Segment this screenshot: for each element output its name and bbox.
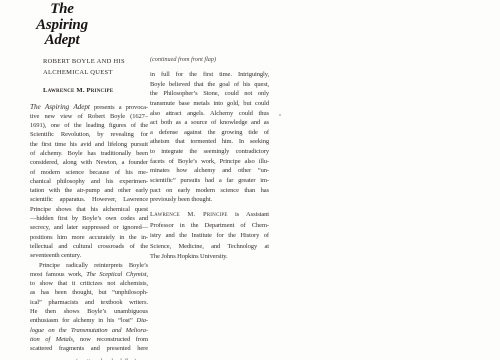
text-line: —hidden first by Boyle’s own codes and bbox=[30, 214, 148, 223]
text-line: most famous work, The Sceptical Chymist, bbox=[30, 270, 148, 279]
book-title-line: Aspiring bbox=[31, 18, 93, 34]
text-line: previously been thought. bbox=[150, 195, 269, 205]
text-line: logue on the Transmutation and Meliora- bbox=[30, 326, 148, 335]
back-flap-text: in full for the first time. Intriguingly… bbox=[150, 70, 269, 262]
text-line: of alchemy. Boyle has traditionally been bbox=[30, 149, 148, 158]
book-subtitle-line: ROBERT BOYLE AND HIS bbox=[43, 56, 148, 68]
text-line: The Johns Hopkins University. bbox=[150, 252, 269, 262]
flap-text-paragraph: Principe radically reinterprets Boyle’sm… bbox=[30, 261, 148, 354]
text-line: Scientific Revolution, by revealing for bbox=[30, 130, 148, 139]
text-line: tation with the air-pump and other early bbox=[30, 186, 148, 195]
text-line: pact on early modern science than has bbox=[150, 186, 269, 196]
flap-text-paragraph: The Aspiring Adept presents a provoca-ti… bbox=[30, 103, 148, 261]
text-line: in full for the first time. Intriguingly… bbox=[150, 70, 269, 80]
text-line: scientific” pursuits had a far greater i… bbox=[150, 176, 269, 186]
text-line: scientific apparatus. However, Lawrence bbox=[30, 195, 148, 204]
text-line: secrecy, and later suppressed or ignored… bbox=[30, 223, 148, 232]
text-line: the Philosopher’s Stone, could not only bbox=[150, 89, 269, 99]
text-line: tive new view of Robert Boyle (1627– bbox=[30, 112, 148, 121]
text-line: positions him more accurately in the in- bbox=[30, 233, 148, 242]
text-line: minates how alchemy and other “un- bbox=[150, 166, 269, 176]
text-line: The Aspiring Adept presents a provoca- bbox=[30, 103, 148, 112]
author-name: Lawrence M. Principe bbox=[43, 87, 148, 94]
text-line: as has been thought, but “unphilosoph- bbox=[30, 288, 148, 297]
flap-text-paragraph: in full for the first time. Intriguingly… bbox=[150, 70, 269, 205]
author-bio-paragraph: Lawrence M. Principe is AssistantProfess… bbox=[150, 210, 269, 262]
text-line: considered, along with Newton, a founder bbox=[30, 158, 148, 167]
text-line: ical” pharmacists and textbook writers. bbox=[30, 298, 148, 307]
text-line: atheism that tormented him. In seeking bbox=[150, 137, 269, 147]
text-line: Principe radically reinterprets Boyle’s bbox=[30, 261, 148, 270]
text-line: act both as a source of knowledge and as bbox=[150, 118, 269, 128]
scan-speck bbox=[279, 114, 281, 116]
text-line: tion of Metals, now reconstructed from bbox=[30, 335, 148, 344]
text-line: also attract angels. Alchemy could thus bbox=[150, 109, 269, 119]
text-line: He then shows Boyle’s unambiguous bbox=[30, 307, 148, 316]
book-jacket-scan: The Aspiring Adept ROBERT BOYLE AND HIS … bbox=[0, 0, 500, 360]
text-line: the first time his avid and lifelong pur… bbox=[30, 140, 148, 149]
continuation-note: (continued from front flap) bbox=[150, 56, 269, 63]
text-line: Lawrence M. Principe is Assistant bbox=[150, 210, 269, 220]
text-line: transmute base metals into gold, but cou… bbox=[150, 99, 269, 109]
book-subtitle-line: ALCHEMICAL QUEST bbox=[43, 67, 148, 79]
text-line: a defense against the growing tide of bbox=[150, 128, 269, 138]
text-line: facets of Boyle’s work, Principe also il… bbox=[150, 157, 269, 167]
text-line: Principe shows that his alchemical quest bbox=[30, 205, 148, 214]
text-line: Science, Medicine, and Technology at bbox=[150, 242, 269, 252]
text-line: of modern science because of his me- bbox=[30, 168, 148, 177]
book-title-line: Adept bbox=[31, 33, 93, 49]
text-line: Professor in the Department of Chem- bbox=[150, 221, 269, 231]
text-line: enthusiasm for alchemy in his “lost” Dia… bbox=[30, 316, 148, 325]
text-line: tellectual and cultural crossroads of th… bbox=[30, 242, 148, 251]
text-line: seventeenth century. bbox=[30, 251, 148, 260]
book-title: The Aspiring Adept bbox=[31, 2, 93, 49]
text-line: to show that it criticizes not alchemist… bbox=[30, 279, 148, 288]
book-subtitle: ROBERT BOYLE AND HIS ALCHEMICAL QUEST bbox=[43, 56, 148, 79]
text-line: Boyle believed that the goal of his ques… bbox=[150, 80, 269, 90]
back-flap: (continued from front flap) in full for … bbox=[150, 56, 269, 262]
text-line: scattered fragments and presented here bbox=[30, 344, 148, 353]
book-title-line: The bbox=[31, 2, 93, 18]
front-flap-text: The Aspiring Adept presents a provoca-ti… bbox=[30, 103, 148, 354]
text-line: 1691), one of the leading figures of the bbox=[30, 121, 148, 130]
text-line: chanical philosophy and his experimen- bbox=[30, 177, 148, 186]
text-line: istry and the Institute for the History … bbox=[150, 231, 269, 241]
text-line: to integrate the seemingly contradictory bbox=[150, 147, 269, 157]
front-flap: The Aspiring Adept ROBERT BOYLE AND HIS … bbox=[30, 2, 148, 360]
